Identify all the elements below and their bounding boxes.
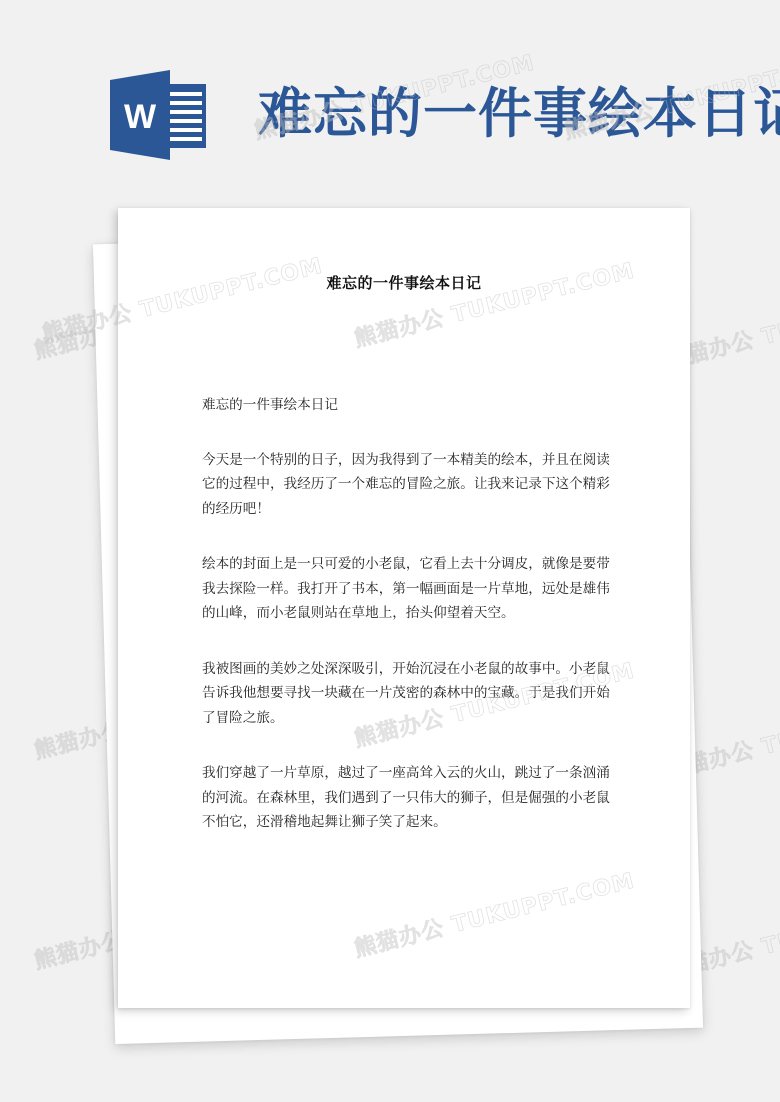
microsoft-word-icon: W <box>108 68 208 162</box>
paragraph-line: 不怕它，还滑稽地起舞让狮子笑了起来。 <box>202 810 622 835</box>
watermark: 熊猫办公 TUKUPPT.COM <box>351 864 638 964</box>
paragraph-line: 的河流。在森林里，我们遇到了一只伟大的狮子，但是倔强的小老鼠 <box>202 786 622 811</box>
paragraph-2: 绘本的封面上是一只可爱的小老鼠，它看上去十分调皮，就像是要带 我去探险一样。我打… <box>202 552 622 626</box>
banner-title: 难忘的一件事绘本日记 <box>258 78 780 148</box>
paragraph-3: 我被图画的美妙之处深深吸引，开始沉浸在小老鼠的故事中。小老鼠 告诉我他想要寻找一… <box>202 657 622 731</box>
svg-text:W: W <box>124 98 157 136</box>
paragraph-line: 绘本的封面上是一只可爱的小老鼠，它看上去十分调皮，就像是要带 <box>202 552 622 577</box>
document-title: 难忘的一件事绘本日记 <box>118 272 690 293</box>
paragraph-line: 我们穿越了一片草原，越过了一座高耸入云的火山，跳过了一条汹涌 <box>202 761 622 786</box>
watermark: 熊猫办公 TUKUPPT.COM <box>39 249 326 349</box>
paragraph-line: 今天是一个特别的日子，因为我得到了一本精美的绘本，并且在阅读 <box>202 448 622 473</box>
paragraph-line: 告诉我他想要寻找一块藏在一片茂密的森林中的宝藏。于是我们开始 <box>202 681 622 706</box>
paragraph-1: 今天是一个特别的日子，因为我得到了一本精美的绘本，并且在阅读 它的过程中，我经历… <box>202 448 622 522</box>
paragraph-4: 我们穿越了一片草原，越过了一座高耸入云的火山，跳过了一条汹涌 的河流。在森林里，… <box>202 761 622 835</box>
watermark: 熊猫办公 TUKUPPT.COM <box>351 254 638 354</box>
document-subtitle: 难忘的一件事绘本日记 <box>202 393 622 418</box>
paragraph-line: 的山峰，而小老鼠则站在草地上，抬头仰望着天空。 <box>202 601 622 626</box>
paragraph-line: 了冒险之旅。 <box>202 706 622 731</box>
paragraph-line: 我被图画的美妙之处深深吸引，开始沉浸在小老鼠的故事中。小老鼠 <box>202 657 622 682</box>
header-banner: W 难忘的一件事绘本日记 <box>0 0 780 190</box>
document-body: 难忘的一件事绘本日记 今天是一个特别的日子，因为我得到了一本精美的绘本，并且在阅… <box>202 393 622 866</box>
paragraph-line: 的经历吧！ <box>202 497 622 522</box>
document-page: 难忘的一件事绘本日记 难忘的一件事绘本日记 今天是一个特别的日子，因为我得到了一… <box>118 208 690 1008</box>
paragraph-line: 它的过程中，我经历了一个难忘的冒险之旅。让我来记录下这个精彩 <box>202 472 622 497</box>
paragraph-line: 我去探险一样。我打开了书本，第一幅画面是一片草地，远处是雄伟 <box>202 577 622 602</box>
